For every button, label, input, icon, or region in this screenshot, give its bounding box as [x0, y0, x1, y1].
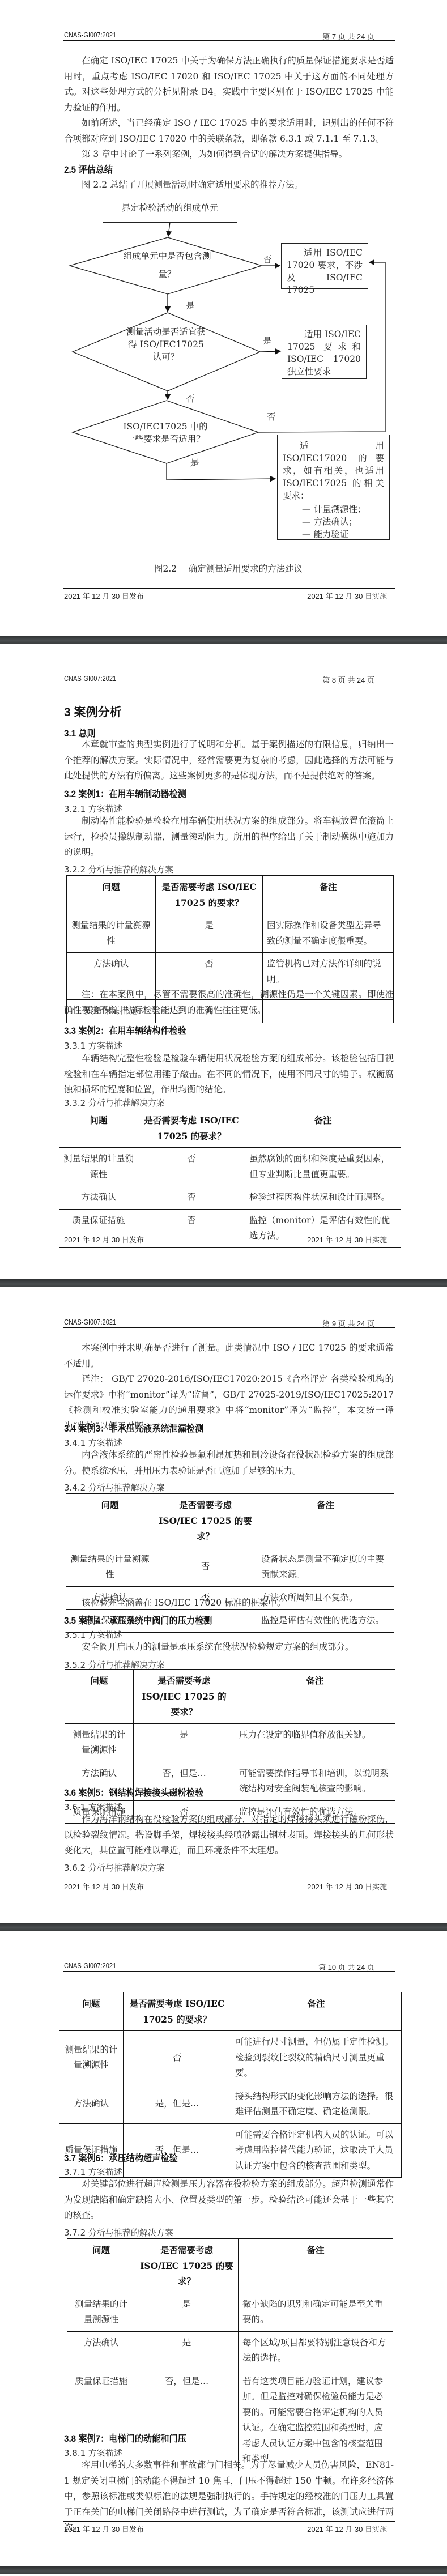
paragraph: 本章就审查的典型实例进行了说明和分析。基于案例描述的有限信息，归纳出一个推荐的解… — [64, 737, 394, 784]
table-header-row: 问题 是否需要考虑 ISO/IEC 17025 的要求？ 备注 — [67, 2239, 393, 2293]
figure-caption: 图2.2 确定测量适用要求的方法建议 — [154, 562, 303, 574]
implement-date: 2021 年 12 月 30 日实施 — [307, 2523, 387, 2534]
page-header: CNAS-GI007:2021 第 9 页 共 24 页 — [63, 1318, 395, 1328]
table-row: 测量结果的计量溯源性 是 微小缺陷的识别和确定可能是至关重要的。 — [67, 2293, 393, 2331]
page-header: CNAS-GI007:2021 第 10 页 共 24 页 — [63, 1961, 395, 1972]
result-partial-item: — 计量溯源性； — [302, 503, 384, 516]
subsection-heading: 3.4.2 分析与推荐解决方案 — [64, 1481, 165, 1493]
doc-id: CNAS-GI007:2021 — [64, 1318, 116, 1326]
implement-date: 2021 年 12 月 30 日实施 — [307, 1881, 387, 1892]
table-header-row: 问题 是否需要考虑 ISO/IEC 17025 的要求？ 备注 — [66, 1494, 394, 1548]
subsection-heading: 3.2.2 分析与推荐的解决方案 — [64, 863, 173, 875]
result-17020-only-box: 适用 ISO/IEC 17020 要求，不涉及 ISO/IEC 17025 — [281, 243, 368, 289]
table-row: 测量结果的计量溯源性 是 因实际操作和设备类型差异导致的测量不确定度很重要。 — [67, 914, 394, 953]
page-footer: 2021 年 12 月 30 日发布 2021 年 12 月 30 日实施 — [63, 1879, 395, 1889]
subsection-heading: 3.6.1 方案描述 — [64, 1801, 122, 1813]
result-partial-text: 适用 ISO/IEC17020 的要求，如有相关，也适用 ISO/IEC1702… — [283, 440, 384, 502]
table-row: 测量结果的计量溯源性 是 压力在设定的临界值释放很关键。 — [65, 1723, 395, 1762]
section-heading: 3.6 案例5：钢结构焊接接头磁粉检验 — [64, 1785, 203, 1799]
implement-date: 2021 年 12 月 30 日实施 — [307, 590, 387, 601]
decision-1-yes-label: 是 — [186, 299, 195, 312]
analysis-table-case3: 问题 是否需要考虑 ISO/IEC 17025 的要求？ 备注 测量结果的计量溯… — [66, 1493, 394, 1633]
subsection-heading: 3.3.1 方案描述 — [64, 1040, 122, 1051]
publish-date: 2021 年 12 月 30 日发布 — [64, 1234, 144, 1245]
flowchart-start-box: 界定检验活动的组成单元 — [103, 197, 237, 223]
table-note: 注：在本案例中，尽管不需要很高的准确性，溯源性仍是一个关键因素。即使准确性要求不… — [64, 987, 394, 1018]
page-footer: 2021 年 12 月 30 日发布 2021 年 12 月 30 日实施 — [63, 588, 395, 598]
table-row: 测量结果的计量溯源性 否 设备状态是测量不确定度的主要贡献来源。 — [66, 1548, 394, 1586]
publish-date: 2021 年 12 月 30 日发布 — [64, 2523, 144, 2534]
section-heading: 3.7 案例6：承压结构超声检验 — [64, 2151, 178, 2164]
decision-3-yes-label: 是 — [190, 456, 199, 469]
doc-id: CNAS-GI007:2021 — [64, 674, 116, 683]
decision-2-text: 测量活动是否适宜获得 ISO/IEC17025 认可？ — [124, 326, 208, 363]
paragraph: 对关键部位进行超声检测是压力容器在役检验方案的组成部分。超声检测通常作为发现缺陷… — [64, 2177, 394, 2224]
page-footer: 2021 年 12 月 30 日发布 2021 年 12 月 30 日实施 — [63, 2521, 395, 2531]
paragraph: 安全阀开启压力的测量是承压系统在役状况检验规定方案的组成部分。 — [64, 1640, 394, 1655]
page-number: 第 10 页 共 24 页 — [318, 1961, 374, 1972]
table-header-row: 问题 是否需要考虑 ISO/IEC 17025 的要求？ 备注 — [67, 876, 394, 914]
decision-1-text: 组成单元中是否包含测量？ — [116, 247, 218, 283]
page-footer: 2021 年 12 月 30 日发布 2021 年 12 月 30 日实施 — [63, 1232, 395, 1242]
page-number: 第 9 页 共 24 页 — [322, 1318, 374, 1329]
result-partial-box: 适用 ISO/IEC17020 的要求，如有相关，也适用 ISO/IEC1702… — [277, 435, 390, 540]
subsection-heading: 3.4.1 方案描述 — [64, 1437, 122, 1449]
subsection-heading: 3.2.1 方案描述 — [64, 803, 122, 815]
paragraph: 内含液体系统的严密性检验是氟利昂加热和制冷设备在役状况检验方案的组成部分。使系统… — [64, 1447, 394, 1479]
table-header-row: 问题 是否需要考虑 ISO/IEC 17025 的要求？ 备注 — [65, 1670, 395, 1724]
table-row: 方法确认 是 每个区域/项目都要特别注意设备和方法的选择。 — [67, 2331, 393, 2370]
decision-2-no-label: 否 — [186, 392, 195, 405]
table-row: 测量结果的计量溯源性 否 虽然腐蚀的面积和深度是重要因素，但专业判断比量值更重要… — [59, 1148, 401, 1186]
section-heading: 3.4 案例3：非承压充液系统泄漏检测 — [64, 1421, 203, 1434]
decision-3-no-label: 否 — [267, 410, 276, 423]
analysis-table-case2: 问题 是否需要考虑 ISO/IEC 17025 的要求？ 备注 测量结果的计量溯… — [59, 1109, 401, 1248]
document-page-8: CNAS-GI007:2021 第 8 页 共 24 页 3 案例分析 3.1 … — [0, 644, 447, 1279]
table-header-row: 问题 是否需要考虑 ISO/IEC 17025 的要求？ 备注 — [59, 1992, 402, 2031]
table-row: 测量结果的计量溯源性 否 可能进行尺寸测量，但仍属于定性检测。检验到裂纹比裂纹的… — [59, 2031, 402, 2085]
subsection-heading: 3.3.2 分析与推荐解决方案 — [64, 1097, 165, 1109]
decision-3-text: ISO/IEC17025 中的一些要求是否适用？ — [120, 420, 211, 445]
subsection-heading: 3.5.1 方案描述 — [64, 1629, 122, 1641]
table-row: 方法确认 否 检验过程因构件状况和设计而调整。 — [59, 1186, 401, 1210]
subsection-heading: 3.7.2 分析与推荐的解决方案 — [64, 2226, 173, 2238]
page-header: CNAS-GI007:2021 第 8 页 共 24 页 — [63, 674, 395, 684]
section-heading: 3.2 案例1：在用车辆制动器检测 — [64, 786, 186, 800]
table-note: 该检验完全涵盖在 ISO/IEC 17020 标准的框架中。 — [64, 1595, 394, 1611]
paragraph: 作为海洋钢结构在役检验方案的组成部分，对指定的焊接接头须进行磁粉探伤，以检验裂纹… — [64, 1812, 394, 1859]
decision-1-no-label: 否 — [263, 253, 272, 265]
section-heading: 3.5 案例4：承压系统中阀门的压力检测 — [64, 1613, 212, 1627]
section-heading: 3.8 案例7：电梯门的动能和门压 — [64, 2431, 186, 2445]
page-separator — [0, 1923, 447, 1931]
document-page-7: CNAS-GI007:2021 第 7 页 共 24 页 在确定 ISO/IEC… — [0, 0, 447, 636]
chapter-heading: 3 案例分析 — [64, 703, 122, 720]
table-row: 方法确认 是，但是… 接头结构形式的变化影响方法的选择。很难评估测量不确定度、确… — [59, 2085, 402, 2123]
page-separator — [0, 2566, 447, 2574]
result-partial-item: — 能力验证 — [302, 528, 384, 540]
subsection-heading: 3.7.1 方案描述 — [64, 2166, 122, 2178]
paragraph: 车辆结构完整性检验是检验车辆使用状况检验方案的组成部分。该检验包括目视检验和在车… — [64, 1051, 394, 1098]
paragraph: 制动器性能检验是检验在用车辆使用状况方案的组成部分。将车辆放置在滚筒上运行，检验… — [64, 814, 394, 861]
table-header-row: 问题 是否需要考虑 ISO/IEC 17025 的要求？ 备注 — [59, 1109, 401, 1148]
publish-date: 2021 年 12 月 30 日发布 — [64, 1881, 144, 1892]
page-separator — [0, 1279, 447, 1287]
subsection-heading: 3.6.2 分析与推荐解决方案 — [64, 1862, 165, 1874]
analysis-table-case5: 问题 是否需要考虑 ISO/IEC 17025 的要求？ 备注 测量结果的计量溯… — [59, 1992, 402, 2178]
result-partial-item: — 方法确认； — [302, 516, 384, 528]
page-number: 第 8 页 共 24 页 — [322, 674, 374, 685]
decision-2-yes-label: 是 — [263, 334, 272, 347]
implement-date: 2021 年 12 月 30 日实施 — [307, 1234, 387, 1245]
result-17025-and-17020-box: 适用 ISO/IEC 17025 要求和 ISO/IEC 17020 独立性要求 — [282, 325, 367, 379]
doc-id: CNAS-GI007:2021 — [64, 1961, 116, 1970]
paragraph: 本案例中并未明确是否进行了测量。此类情况中 ISO / IEC 17025 的要… — [64, 1340, 394, 1372]
document-page-9: CNAS-GI007:2021 第 9 页 共 24 页 本案例中并未明确是否进… — [0, 1287, 447, 1923]
subsection-heading: 3.8.1 方案描述 — [64, 2447, 122, 2459]
publish-date: 2021 年 12 月 30 日发布 — [64, 590, 144, 601]
document-page-10: CNAS-GI007:2021 第 10 页 共 24 页 问题 是否需要考虑 … — [0, 1931, 447, 2566]
section-heading: 3.3 案例2：在用车辆结构件检验 — [64, 1023, 186, 1037]
page-separator — [0, 636, 447, 644]
